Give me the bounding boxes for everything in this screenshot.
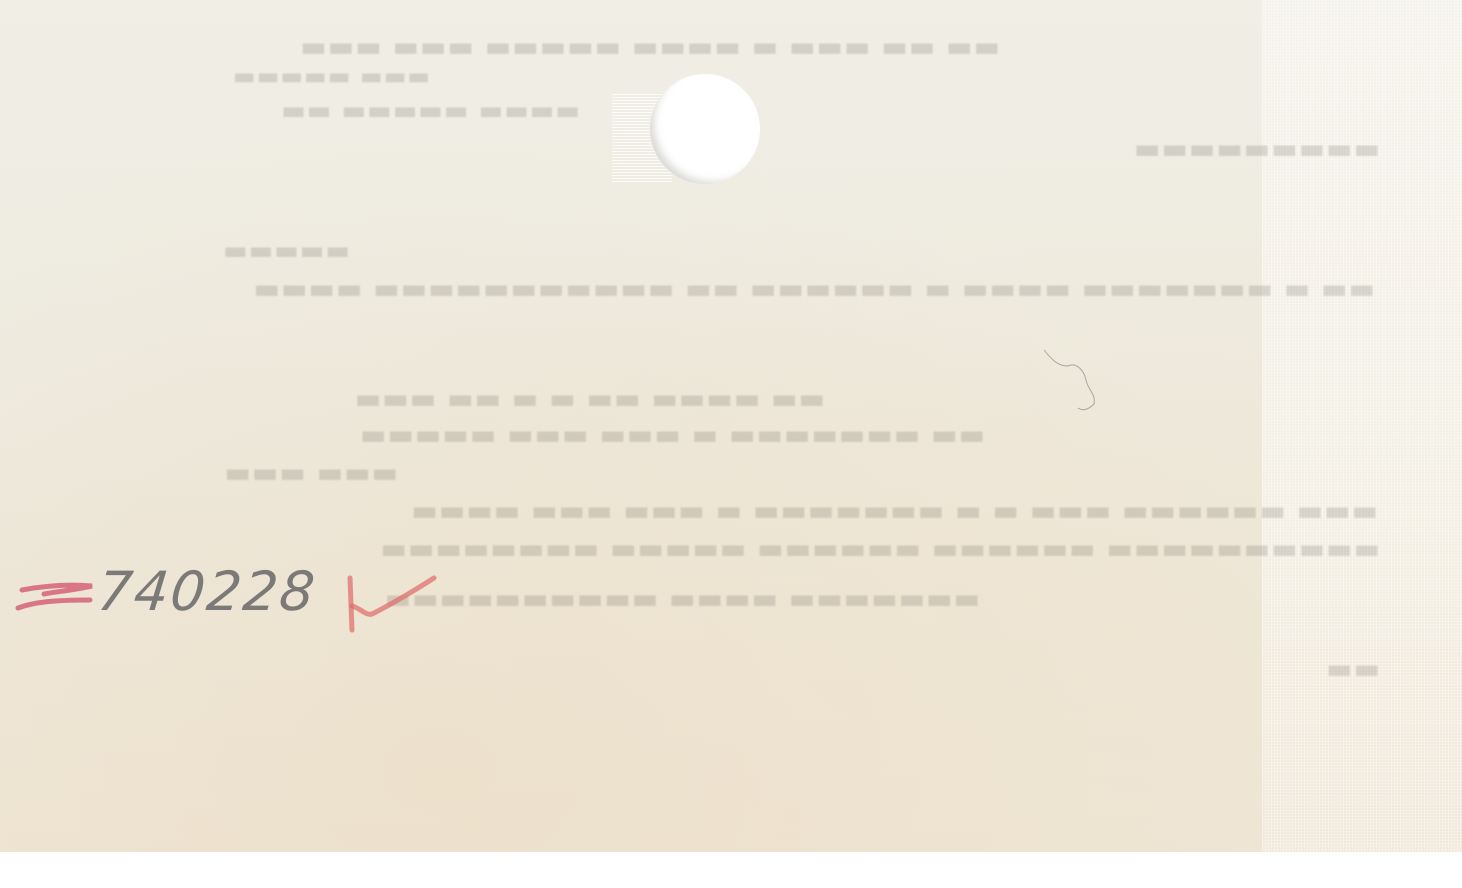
show-through-text-line: ▬▬ ▬ ▬▬▬▬▬▬▬ ▬▬▬▬ ▬ ▬▬▬▬▬▬ ▬▬ ▬▬▬▬▬▬▬▬▬▬… [255,272,1375,305]
show-through-text-line: ▬▬▬ ▬▬▬▬▬ [130,62,430,90]
paper-fiber [1040,344,1110,414]
show-through-text-line: ▬▬▬▬ ▬▬▬▬▬ ▬▬ [160,96,580,126]
show-through-page-number: ▬▬ [1325,652,1380,685]
show-through-text-line: ▬▬ ▬▬▬▬ ▬▬ ▬ ▬ ▬▬ ▬▬▬ [265,382,825,415]
scanned-card: ▬▬ ▬▬ ▬▬▬ ▬ ▬▬▬▬ ▬▬▬▬▬ ▬▬▬ ▬▬▬ ▬▬▬ ▬▬▬▬▬… [0,0,1462,856]
show-through-text-line: ▬▬▬▬▬ [200,236,350,266]
show-through-text-line: ▬▬▬▬▬▬▬▬▬ [1060,132,1380,165]
show-through-text-line: ▬▬ ▬▬ ▬▬▬ ▬ ▬▬▬▬ ▬▬▬▬▬ ▬▬▬ ▬▬▬ [100,30,1000,63]
catalog-number: 740228 [95,560,320,623]
show-through-text-line: ▬▬ ▬▬▬▬▬▬▬ ▬ ▬▬▬ ▬▬▬ ▬▬▬▬▬ [265,418,985,451]
scan-background [0,852,1462,888]
show-through-text-line: ▬▬▬ ▬▬▬▬▬▬ ▬▬▬ ▬ ▬ ▬▬▬▬▬▬▬ ▬ ▬▬▬ ▬▬▬ ▬▬▬… [208,494,1378,527]
double-line-mark-icon [14,578,94,612]
check-mark-icon [342,568,442,638]
scan-artifact-strip [1262,0,1462,856]
punch-hole [650,74,760,184]
handwritten-annotation: 740228 [14,560,434,640]
show-through-text-line: ▬▬▬ ▬▬▬ [208,456,398,489]
